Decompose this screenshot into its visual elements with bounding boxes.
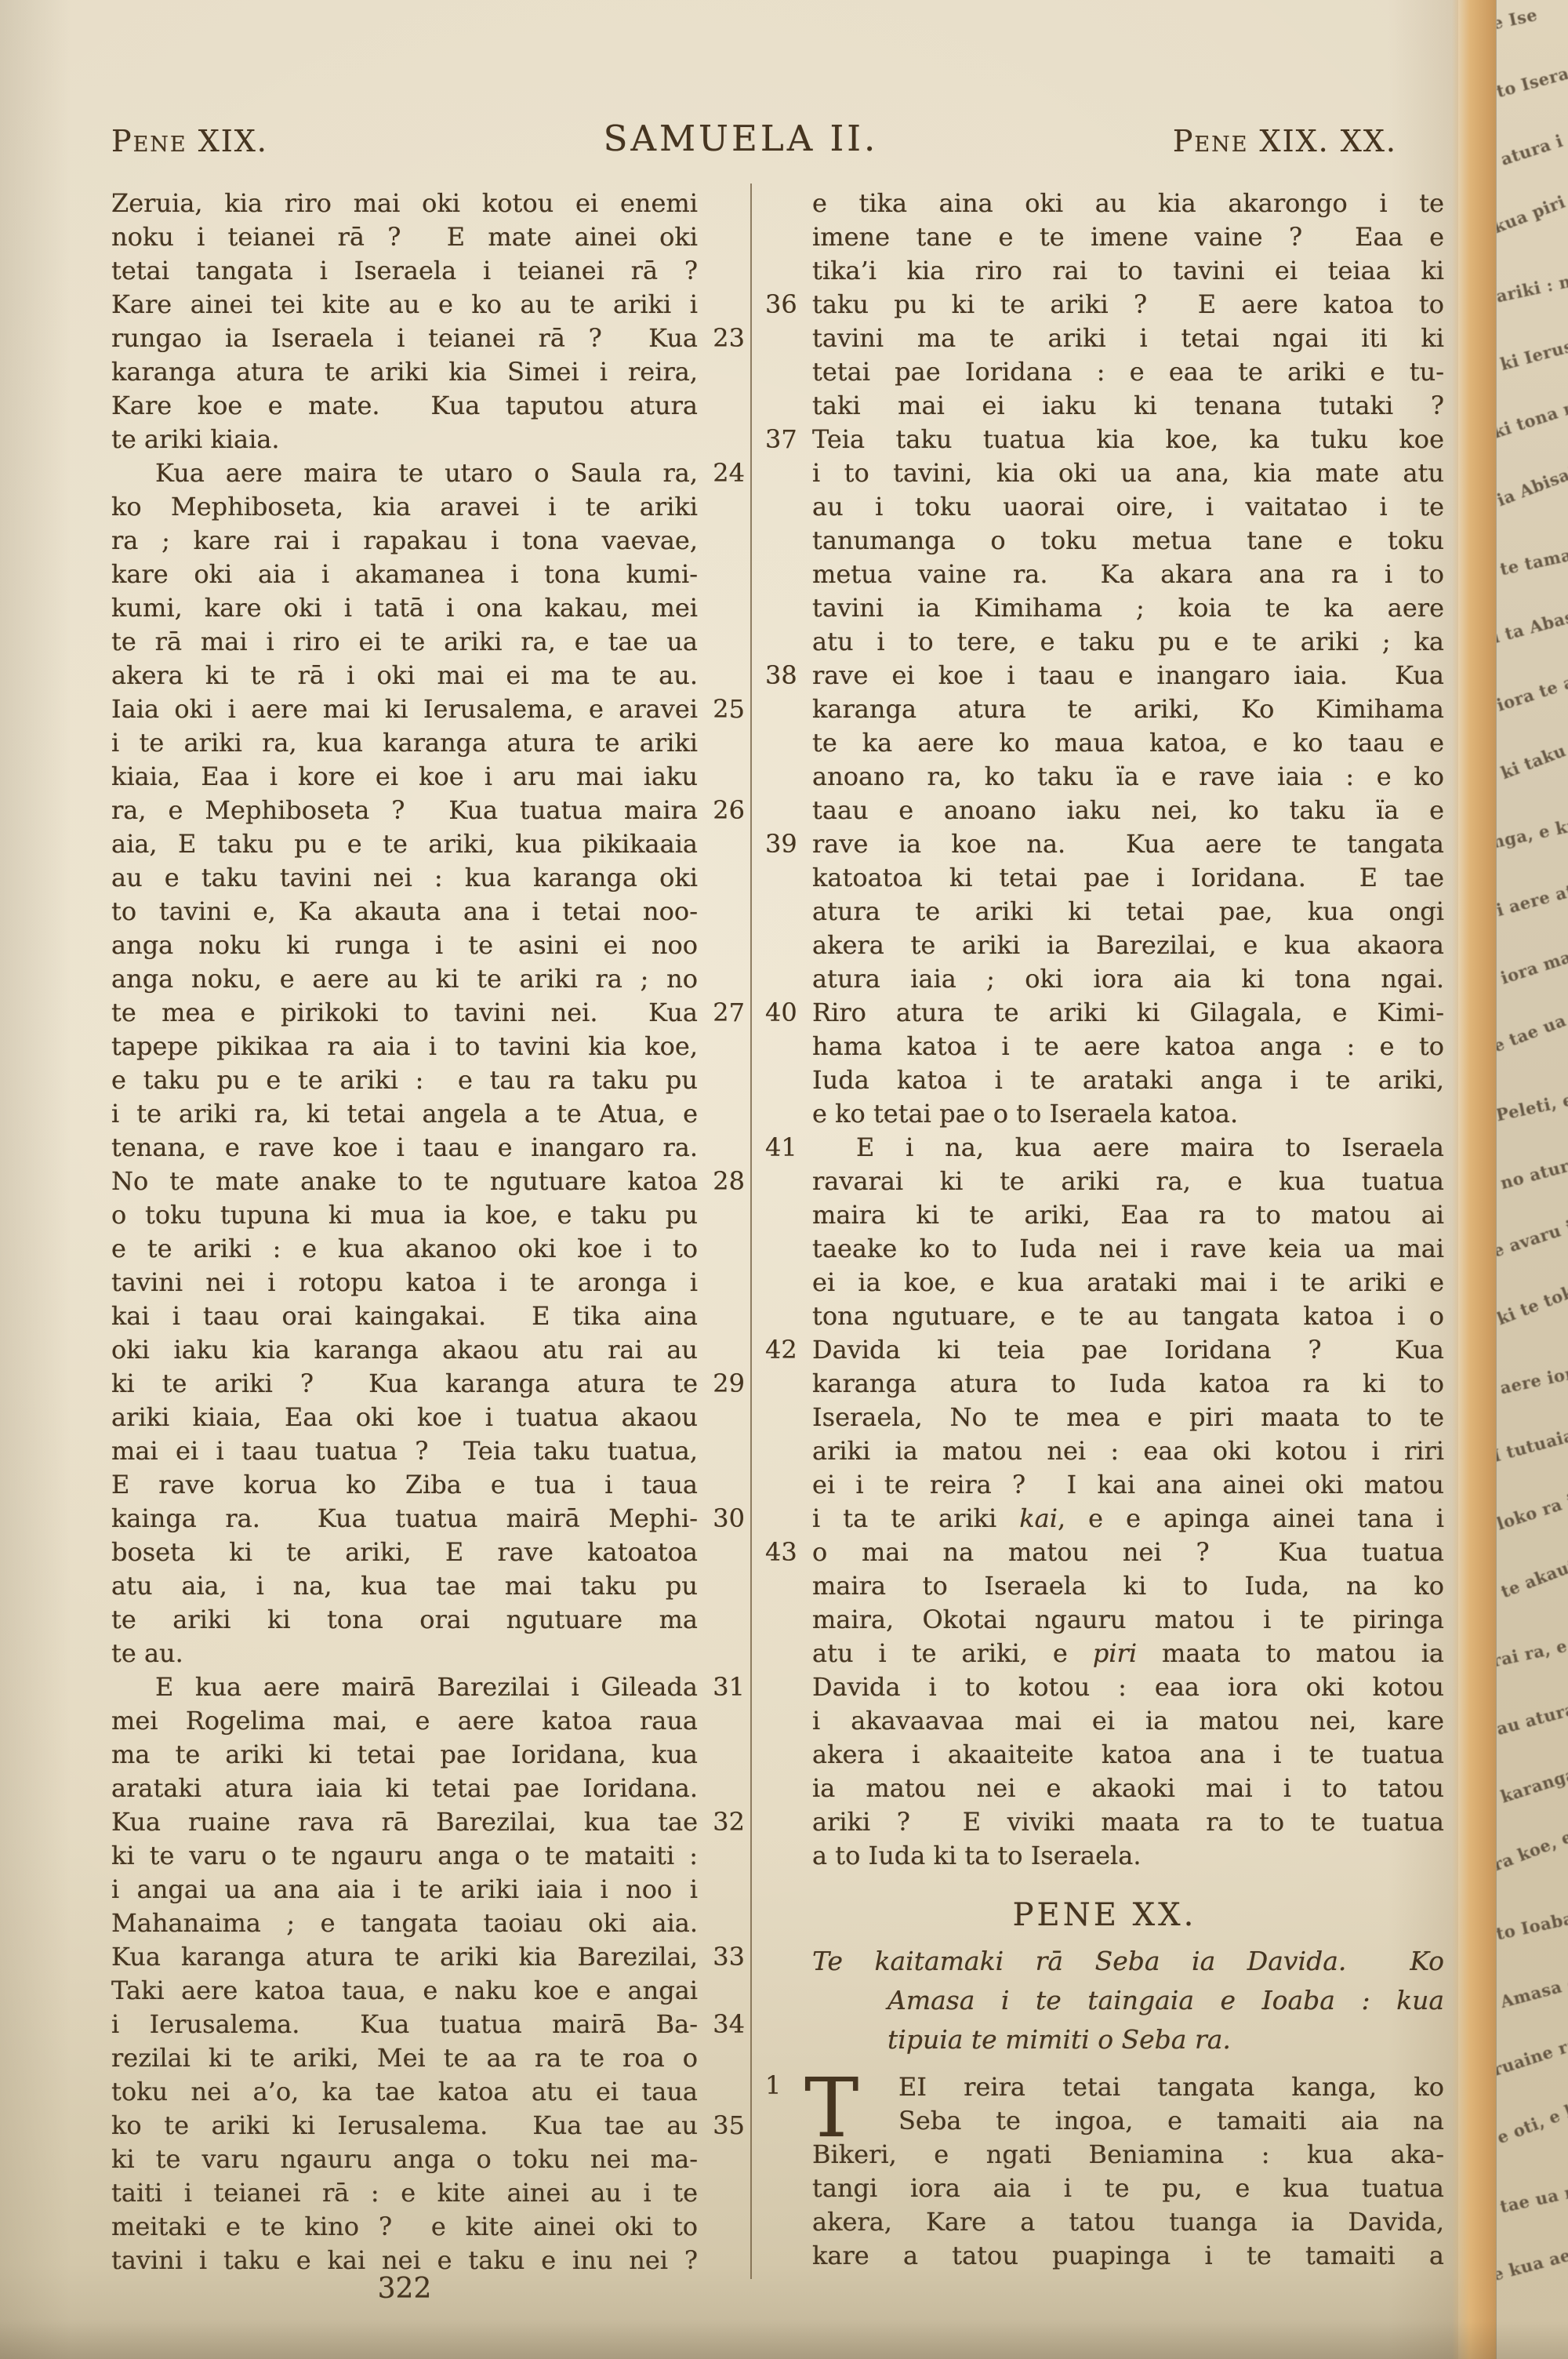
- verse-number: 27: [713, 996, 745, 1030]
- line-text: karanga atura to Iuda katoa ra ki to: [812, 1367, 1444, 1401]
- edge-text-fragment: tae ua ma te: [1498, 2172, 1568, 2216]
- text-line: Taki aere katoa taua, e naku koe e angai: [111, 1974, 748, 2008]
- line-text: akera i akaaiteite katoa ana i te tuatua: [812, 1738, 1444, 1772]
- text-line: anga noku ki runga i te asini ei noo: [111, 929, 748, 962]
- verse-number: 28: [713, 1165, 745, 1198]
- line-text: ariki ? E viviki maata ra to te tuatua: [812, 1805, 1444, 1839]
- right-text-column: e tika aina oki au kia akarongo i teimen…: [757, 187, 1452, 2273]
- line-text: ko Mephiboseta, kia aravei i te ariki: [111, 490, 698, 524]
- line-text: taeake ko to Iuda nei i rave keia ua mai: [812, 1232, 1444, 1266]
- edge-text-fragment: e oti, e kua: [1496, 2091, 1568, 2147]
- line-text: ki te varu ngauru anga o toku nei ma-: [111, 2143, 698, 2176]
- line-text: te ka aere ko maua katoa, e ko taau e: [812, 726, 1444, 760]
- line-text: arataki atura iaia ki tetai pae Ioridana…: [111, 1772, 698, 1805]
- text-line: tetai pae Ioridana : e eaa te ariki e tu…: [757, 355, 1452, 389]
- line-text: E kua aere mairā Barezilai i Gileada: [111, 1670, 698, 1704]
- text-line: ei i te reira ? I kai ana ainei oki mato…: [757, 1468, 1452, 1502]
- edge-text-fragment: ariki : me: [1496, 267, 1568, 306]
- line-text: o mai na matou nei ? Kua tuatua: [812, 1536, 1444, 1569]
- text-line: Mahanaima ; e tangata taoiau oki aia.: [111, 1906, 748, 1940]
- line-text: No te mate anake to te ngutuare katoa: [111, 1165, 698, 1198]
- line-text: atura te ariki ki tetai pae, kua ongi: [812, 895, 1444, 929]
- text-line: ariki kiaia, Eaa oki koe i tuatua akaou: [111, 1401, 748, 1434]
- line-text: hama katoa i te aere katoa anga : e to: [812, 1030, 1444, 1063]
- edge-text-fragment: to Ioaba ri: [1496, 1903, 1568, 1943]
- verse-number: 36: [765, 288, 797, 322]
- line-text: kumi, kare oki i tatā i ona kakau, mei: [111, 591, 698, 625]
- edge-text-fragment: no atura ra: [1498, 1146, 1568, 1193]
- line-text: E i na, kua aere maira to Iseraela: [812, 1131, 1444, 1165]
- line-text: maira to Iseraela ki to Iuda, na ko: [812, 1569, 1444, 1603]
- text-line: te ariki kiaia.: [111, 423, 748, 456]
- chapter-heading: PENE XX.: [757, 1893, 1452, 1937]
- text-line: boseta ki te ariki, E rave katoatoa: [111, 1536, 748, 1569]
- text-line: ia matou nei e akaoki mai i to tatou: [757, 1772, 1452, 1805]
- line-text: maira ki te ariki, Eaa ra to matou ai: [812, 1198, 1444, 1232]
- edge-text-fragment: nga, e kua: [1496, 812, 1568, 852]
- line-text: tona ngutuare, e te au tangata katoa i o: [812, 1299, 1444, 1333]
- text-line: taiti i teianei rā : e kite ainei au i t…: [111, 2176, 748, 2210]
- line-text: tavini ia Kimihama ; koia te ka aere: [812, 591, 1444, 625]
- text-line: metua vaine ra. Ka akara ana ra i to: [757, 558, 1452, 591]
- text-line: i te ariki ra, kua karanga atura te arik…: [111, 726, 748, 760]
- text-line: i angai ua ana aia i te ariki iaia i noo…: [111, 1873, 748, 1906]
- text-line: E i na, kua aere maira to Iseraela41: [757, 1131, 1452, 1165]
- line-text: tenana, e rave koe i taau e inangaro ra.: [111, 1131, 698, 1165]
- text-line: taeake ko to Iuda nei i rave keia ua mai: [757, 1232, 1452, 1266]
- text-line: maira ki te ariki, Eaa ra to matou ai: [757, 1198, 1452, 1232]
- text-line: Davida i to kotou : eaa iora oki kotou: [757, 1670, 1452, 1704]
- chapter-summary-line: Amasa i te taingaia e Ioaba : kua: [812, 1981, 1444, 2020]
- text-line: tanumanga o toku metua tane e toku: [757, 524, 1452, 558]
- text-line: taau e anoano iaku nei, ko taku ïa e: [757, 794, 1452, 827]
- line-text: mei Rogelima mai, e aere katoa raua: [111, 1704, 698, 1738]
- line-text: i ta te ariki kai, e e apinga ainei tana…: [812, 1502, 1444, 1536]
- verse-number: 39: [765, 827, 797, 861]
- line-text: ra, e Mephiboseta ? Kua tuatua maira: [111, 794, 698, 827]
- line-text: kainga ra. Kua tuatua mairā Mephi-: [111, 1502, 698, 1536]
- text-line: te ka aere ko maua katoa, e ko taau e: [757, 726, 1452, 760]
- text-line: atu i te ariki, e piri maata to matou ia: [757, 1637, 1452, 1670]
- line-text: meitaki e te kino ? e kite ainei oki to: [111, 2210, 698, 2244]
- line-text: atu i to tere, e taku pu e te ariki ; ka: [812, 625, 1444, 659]
- chapter-summary-line: Te kaitamaki rā Seba ia Davida. Ko: [812, 1942, 1444, 1981]
- edge-text-fragment: aere iorā A: [1498, 1357, 1568, 1398]
- text-line: akera te ariki ia Barezilai, e kua akaor…: [757, 929, 1452, 962]
- text-line: anoano ra, ko taku ïa e rave iaia : e ko: [757, 760, 1452, 794]
- verse-number: 25: [713, 692, 745, 726]
- text-line: tenana, e rave koe i taau e inangaro ra.: [111, 1131, 748, 1165]
- text-line: toku nei a’o, ka tae katoa atu ei taua: [111, 2075, 748, 2109]
- edge-text-fragment: ki taku io: [1498, 732, 1568, 783]
- text-line: i ta te ariki kai, e e apinga ainei tana…: [757, 1502, 1452, 1536]
- text-line: e tika aina oki au kia akarongo i te: [757, 187, 1452, 220]
- text-line: i Ierusalema. Kua tuatua mairā Ba-34: [111, 2008, 748, 2041]
- line-text: tavini nei i rotopu katoa i te aronga i: [111, 1266, 698, 1299]
- verse-number: 35: [713, 2109, 745, 2143]
- text-line: tapepe pikikaa ra aia i to tavini kia ko…: [111, 1030, 748, 1063]
- line-text: kiaia, Eaa i kore ei koe i aru mai iaku: [111, 760, 698, 794]
- line-text: taau e anoano iaku nei, ko taku ïa e: [812, 794, 1444, 827]
- text-line: EI reira tetai tangata kanga, ko: [757, 2070, 1452, 2104]
- line-text: i to tavini, kia oki ua ana, kia mate at…: [812, 456, 1444, 490]
- text-line: kumi, kare oki i tatā i ona kakau, mei: [111, 591, 748, 625]
- line-text: akera, Kare a tatou tuanga ia Davida,: [812, 2205, 1444, 2239]
- text-line: akera, Kare a tatou tuanga ia Davida,: [757, 2205, 1452, 2239]
- text-line: karanga atura te ariki kia Simei i reira…: [111, 355, 748, 389]
- text-line: taku pu ki te ariki ? E aere katoa to36: [757, 288, 1452, 322]
- text-line: ko te ariki ki Ierusalema. Kua tae au35: [111, 2109, 748, 2143]
- text-line: au i toku uaorai oire, i vaitatao i te: [757, 490, 1452, 524]
- line-text: ei ia koe, e kua arataki mai i te ariki …: [812, 1266, 1444, 1299]
- line-text: rungao ia Iseraela i teianei rā ? Kua: [111, 322, 698, 355]
- text-line: i te ariki ra, ki tetai angela a te Atua…: [111, 1097, 748, 1131]
- left-margin-shadow: [0, 0, 71, 2359]
- line-text: Taki aere katoa taua, e naku koe e angai: [111, 1974, 698, 2008]
- text-line: Teia taku tuatua kia koe, ka tuku koe37: [757, 423, 1452, 456]
- text-line: kai i taau orai kaingakai. E tika aina: [111, 1299, 748, 1333]
- text-line: te mea e pirikoki to tavini nei. Kua27: [111, 996, 748, 1030]
- line-text: te ariki ki tona orai ngutuare ma: [111, 1603, 698, 1637]
- text-line: Iaia oki i aere mai ki Ierusalema, e ara…: [111, 692, 748, 726]
- text-line: imene tane e te imene vaine ? Eaa e: [757, 220, 1452, 254]
- line-text: te mea e pirikoki to tavini nei. Kua: [111, 996, 698, 1030]
- line-text: ia matou nei e akaoki mai i to tatou: [812, 1772, 1444, 1805]
- line-text: maira, Okotai ngauru matou i te piringa: [812, 1603, 1444, 1637]
- page-fore-edge: [1452, 0, 1499, 2359]
- verse-number: 42: [765, 1333, 797, 1367]
- text-line: taki mai ei iaku ki tenana tutaki ?: [757, 389, 1452, 423]
- line-text: ravarai ki te ariki ra, e kua tuatua: [812, 1165, 1444, 1198]
- line-text: Bikeri, e ngati Beniamina : kua aka-: [812, 2138, 1444, 2172]
- line-text: tavini ma te ariki i tetai ngai iti ki: [812, 322, 1444, 355]
- line-text: i te ariki ra, ki tetai angela a te Atua…: [111, 1097, 698, 1131]
- text-line: te au.: [111, 1637, 748, 1670]
- text-line: tavini nei i rotopu katoa i te aronga i: [111, 1266, 748, 1299]
- text-line: kare oki aia i akamanea i tona kumi-: [111, 558, 748, 591]
- verse-number: 32: [713, 1805, 745, 1839]
- text-line: te rā mai i riro ei te ariki ra, e tae u…: [111, 625, 748, 659]
- text-line: Bikeri, e ngati Beniamina : kua aka-: [757, 2138, 1452, 2172]
- text-line: mei Rogelima mai, e aere katoa raua: [111, 1704, 748, 1738]
- verse-number: 23: [713, 322, 745, 355]
- line-text: Kua karanga atura te ariki kia Barezilai…: [111, 1940, 698, 1974]
- text-line: tetai tangata i Iseraela i teianei rā ?: [111, 254, 748, 288]
- line-text: i akavaavaa mai ei ia matou nei, kare: [812, 1704, 1444, 1738]
- text-line: Zeruia, kia riro mai oki kotou ei enemi: [111, 187, 748, 220]
- text-line: atu aia, i na, kua tae mai taku pu: [111, 1569, 748, 1603]
- line-text: taiti i teianei rā : e kite ainei au i t…: [111, 2176, 698, 2210]
- edge-text-fragment: ra koe, e tak: [1496, 1813, 1568, 1874]
- text-line: arataki atura iaia ki tetai pae Ioridana…: [111, 1772, 748, 1805]
- text-line: atura te ariki ki tetai pae, kua ongi: [757, 895, 1452, 929]
- text-line: kainga ra. Kua tuatua mairā Mephi-30: [111, 1502, 748, 1536]
- text-line: maira, Okotai ngauru matou i te piringa: [757, 1603, 1452, 1637]
- text-line: i to tavini, kia oki ua ana, kia mate at…: [757, 456, 1452, 490]
- verse-number: 29: [713, 1367, 745, 1401]
- text-line: atura iaia ; oki iora aia ki tona ngai.: [757, 962, 1452, 996]
- text-line: e te ariki : e kua akanoo oki koe i to: [111, 1232, 748, 1266]
- edge-text-fragment: I tutuaia te: [1496, 1419, 1568, 1466]
- line-text: karanga atura te ariki, Ko Kimihama: [812, 692, 1444, 726]
- line-text: ma te ariki ki tetai pae Ioridana, kua: [111, 1738, 698, 1772]
- line-text: toku nei a’o, ka tae katoa atu ei taua: [111, 2075, 698, 2109]
- text-line: tavini ma te ariki i tetai ngai iti ki: [757, 322, 1452, 355]
- page-number: 322: [111, 2273, 698, 2305]
- text-line: hama katoa i te aere katoa anga : e to: [757, 1030, 1452, 1063]
- text-line: a to Iuda ki ta to Iseraela.: [757, 1839, 1452, 1873]
- line-text: te ariki kiaia.: [111, 423, 698, 456]
- verse-number: 41: [765, 1131, 797, 1165]
- running-head-right: Pene XIX. XX.: [1173, 124, 1397, 158]
- line-text: kai i taau orai kaingakai. E tika aina: [111, 1299, 698, 1333]
- line-text: anga noku, e aere au ki te ariki ra ; no: [111, 962, 698, 996]
- edge-text-fragment: te akauta: [1498, 1551, 1568, 1602]
- line-text: rave ia koe na. Kua aere te tangata: [812, 827, 1444, 861]
- text-line: Kua aere maira te utaro o Saula ra,24: [111, 456, 748, 490]
- verse-number: 33: [713, 1940, 745, 1974]
- text-line: Davida ki teia pae Ioridana ? Kua42: [757, 1333, 1452, 1367]
- left-text-column: Zeruia, kia riro mai oki kotou ei enemin…: [111, 187, 748, 2277]
- text-line: maira to Iseraela ki to Iuda, na ko: [757, 1569, 1452, 1603]
- line-text: Teia taku tuatua kia koe, ka tuku koe: [812, 423, 1444, 456]
- text-line: karanga atura to Iuda katoa ra ki to: [757, 1367, 1452, 1401]
- line-text: akera ki te rā i oki mai ei ma te au.: [111, 659, 698, 692]
- edge-text-fragment: e tae ua a: [1496, 1004, 1568, 1056]
- line-text: noku i teianei rā ? E mate ainei oki: [111, 220, 698, 254]
- verse-lines: EI reira tetai tangata kanga, koSeba te …: [757, 2070, 1452, 2273]
- text-line: rezilai ki te ariki, Mei te aa ra te roa…: [111, 2041, 748, 2075]
- text-line: ariki ? E viviki maata ra to te tuatua: [757, 1805, 1452, 1839]
- text-line: tika’i kia riro rai to tavini ei teiaa k…: [757, 254, 1452, 288]
- line-text: e ko tetai pae o to Iseraela katoa.: [812, 1097, 1444, 1131]
- edge-text-fragment: ki Ierusa: [1498, 333, 1568, 374]
- text-line: Kare ainei tei kite au e ko au te ariki …: [111, 288, 748, 322]
- line-text: akera te ariki ia Barezilai, e kua akaor…: [812, 929, 1444, 962]
- line-text: i angai ua ana aia i te ariki iaia i noo…: [111, 1873, 698, 1906]
- text-line: noku i teianei rā ? E mate ainei oki: [111, 220, 748, 254]
- line-text: imene tane e te imene vaine ? Eaa e: [812, 220, 1444, 254]
- line-text: atu aia, i na, kua tae mai taku pu: [111, 1569, 698, 1603]
- text-line: akera ki te rā i oki mai ei ma te au.: [111, 659, 748, 692]
- text-line: to tavini e, Ka akauta ana i tetai noo-: [111, 895, 748, 929]
- chapter-first-verse: 1 T EI reira tetai tangata kanga, koSeba…: [757, 2070, 1452, 2273]
- line-text: i Ierusalema. Kua tuatua mairā Ba-: [111, 2008, 698, 2041]
- text-line: oki iaku kia karanga akaou atu rai au: [111, 1333, 748, 1367]
- line-text: te rā mai i riro ei te ariki ra, e tae u…: [111, 625, 698, 659]
- line-text: boseta ki te ariki, E rave katoatoa: [111, 1536, 698, 1569]
- line-text: atura iaia ; oki iora aia ki tona ngai.: [812, 962, 1444, 996]
- line-text: Iuda katoa i te arataki anga i te ariki,: [812, 1063, 1444, 1097]
- bottom-edge-shadow: [0, 2321, 1568, 2359]
- line-text: katoatoa ki tetai pae i Ioridana. E tae: [812, 861, 1444, 895]
- text-line: tavini ia Kimihama ; koia te ka aere: [757, 591, 1452, 625]
- text-line: Iseraela, No te mea e piri maata to te: [757, 1401, 1452, 1434]
- line-text: tapepe pikikaa ra aia i to tavini kia ko…: [111, 1030, 698, 1063]
- line-text: Riro atura te ariki ki Gilagala, e Kimi-: [812, 996, 1444, 1030]
- line-text: Zeruia, kia riro mai oki kotou ei enemi: [111, 187, 698, 220]
- edge-text-fragment: Amasa e te: [1498, 1965, 1568, 2012]
- line-text: o toku tupuna ki mua ia koe, e taku pu: [111, 1198, 698, 1232]
- edge-text-fragment: i aere atu ki: [1496, 871, 1568, 920]
- text-line: rave ia koe na. Kua aere te tangata39: [757, 827, 1452, 861]
- line-text: karanga atura te ariki kia Simei i reira…: [111, 355, 698, 389]
- text-line: aia, E taku pu e te ariki, kua pikikaaia: [111, 827, 748, 861]
- text-line: anga noku, e aere au ki te ariki ra ; no: [111, 962, 748, 996]
- line-text: ko te ariki ki Ierusalema. Kua tae au: [111, 2109, 698, 2143]
- text-line: atu i to tere, e taku pu e te ariki ; ka: [757, 625, 1452, 659]
- line-text: e taku pu e te ariki : e tau ra taku pu: [111, 1063, 698, 1097]
- line-text: Kare ainei tei kite au e ko au te ariki …: [111, 288, 698, 322]
- text-line: mai ei i taau tuatua ? Teia taku tuatua,: [111, 1434, 748, 1468]
- edge-text-fragment: e avaru ia: [1496, 1213, 1568, 1261]
- line-text: e tika aina oki au kia akarongo i te: [812, 187, 1444, 220]
- verse-number: 40: [765, 996, 797, 1030]
- text-line: tona ngutuare, e te au tangata katoa i o: [757, 1299, 1452, 1333]
- chapter-summary: Te kaitamaki rā Seba ia Davida. KoAmasa …: [757, 1942, 1452, 2059]
- line-text: ra ; kare rai i rapakau i tona vaevae,: [111, 524, 698, 558]
- text-line: kare a tatou puapinga i te tamaiti a: [757, 2239, 1452, 2273]
- line-text: anoano ra, ko taku ïa e rave iaia : e ko: [812, 760, 1444, 794]
- line-text: kare oki aia i akamanea i tona kumi-: [111, 558, 698, 591]
- text-line: ariki ia matou nei : eaa oki kotou i rir…: [757, 1434, 1452, 1468]
- verse-number: 30: [713, 1502, 745, 1536]
- text-line: No te mate anake to te ngutuare katoa28: [111, 1165, 748, 1198]
- adjacent-page-strip: e Iseto Iseraatura ikua piriariki : meki…: [1496, 0, 1568, 2359]
- edge-text-fragment: ia Abisai,: [1496, 460, 1568, 510]
- line-text: e te ariki : e kua akanoo oki koe i to: [111, 1232, 698, 1266]
- line-text: ariki kiaia, Eaa oki koe i tuatua akaou: [111, 1401, 698, 1434]
- line-text: tanumanga o toku metua tane e toku: [812, 524, 1444, 558]
- line-text: taki mai ei iaku ki tenana tutaki ?: [812, 389, 1444, 423]
- edge-text-fragment: e kua aere: [1496, 2240, 1568, 2284]
- edge-text-fragment: ruaine rava: [1496, 2027, 1568, 2080]
- line-text: au i toku uaorai oire, i vaitatao i te: [812, 490, 1444, 524]
- text-line: rave ei koe i taau e inangaro iaia. Kua3…: [757, 659, 1452, 692]
- text-line: i akavaavaa mai ei ia matou nei, kare: [757, 1704, 1452, 1738]
- line-text: ki te varu o te ngauru anga o te mataiti…: [111, 1839, 698, 1873]
- text-line: akera i akaaiteite katoa ana i te tuatua: [757, 1738, 1452, 1772]
- text-line: Kua karanga atura te ariki kia Barezilai…: [111, 1940, 748, 1974]
- text-line: ravarai ki te ariki ra, e kua tuatua: [757, 1165, 1452, 1198]
- edge-text-fragment: Peleti, e te: [1496, 1085, 1568, 1125]
- text-line: o mai na matou nei ? Kua tuatua43: [757, 1536, 1452, 1569]
- text-line: kiaia, Eaa i kore ei koe i aru mai iaku: [111, 760, 748, 794]
- line-text: aia, E taku pu e te ariki, kua pikikaaia: [111, 827, 698, 861]
- text-line: meitaki e te kino ? e kite ainei oki to: [111, 2210, 748, 2244]
- line-text: Davida i to kotou : eaa iora oki kotou: [812, 1670, 1444, 1704]
- text-line: rungao ia Iseraela i teianei rā ? Kua23: [111, 322, 748, 355]
- verse-number: 24: [713, 456, 745, 490]
- line-text: tika’i kia riro rai to tavini ei teiaa k…: [812, 254, 1444, 288]
- chapter-summary-line: tipuia te mimiti o Seba ra.: [812, 2020, 1444, 2059]
- text-line: ko Mephiboseta, kia aravei i te ariki: [111, 490, 748, 524]
- text-line: Seba te ingoa, e tamaiti aia na: [757, 2104, 1452, 2138]
- line-text: Seba te ingoa, e tamaiti aia na: [812, 2104, 1444, 2138]
- text-line: karanga atura te ariki, Ko Kimihama: [757, 692, 1452, 726]
- text-line: Iuda katoa i te arataki anga i te ariki,: [757, 1063, 1452, 1097]
- edge-text-fragment: atura i: [1498, 131, 1566, 169]
- text-line: e taku pu e te ariki : e tau ra taku pu: [111, 1063, 748, 1097]
- edge-text-fragment: e Ise: [1496, 5, 1539, 34]
- text-line: ra ; kare rai i rapakau i tona vaevae,: [111, 524, 748, 558]
- line-text: rezilai ki te ariki, Mei te aa ra te roa…: [111, 2041, 698, 2075]
- line-text: ki te ariki ? Kua karanga atura te: [111, 1367, 698, 1401]
- text-line: au e taku tavini nei : kua karanga oki: [111, 861, 748, 895]
- edge-text-fragment: au atura ai: [1496, 1692, 1568, 1739]
- edge-text-fragment: to Isera: [1496, 63, 1568, 101]
- text-line: E rave korua ko Ziba e tua i taua: [111, 1468, 748, 1502]
- line-text: ei i te reira ? I kai ana ainei oki mato…: [812, 1468, 1444, 1502]
- line-text: EI reira tetai tangata kanga, ko: [812, 2070, 1444, 2104]
- text-line: ma te ariki ki tetai pae Ioridana, kua: [111, 1738, 748, 1772]
- text-line: Riro atura te ariki ki Gilagala, e Kimi-…: [757, 996, 1452, 1030]
- edge-text-fragment: iora te a: [1496, 671, 1568, 714]
- line-text: au e taku tavini nei : kua karanga oki: [111, 861, 698, 895]
- line-text: atu i te ariki, e piri maata to matou ia: [812, 1637, 1444, 1670]
- text-line: E kua aere mairā Barezilai i Gileada31: [111, 1670, 748, 1704]
- text-line: te ariki ki tona orai ngutuare ma: [111, 1603, 748, 1637]
- line-text: to tavini e, Ka akauta ana i tetai noo-: [111, 895, 698, 929]
- line-text: tetai pae Ioridana : e eaa te ariki e tu…: [812, 355, 1444, 389]
- column-divider-rule: [750, 184, 752, 2279]
- verse-number: 38: [765, 659, 797, 692]
- right-column-lines: e tika aina oki au kia akarongo i teimen…: [757, 187, 1452, 1873]
- edge-text-fragment: ki te toka: [1496, 1278, 1568, 1329]
- verse-number: 31: [713, 1670, 745, 1704]
- text-line: e ko tetai pae o to Iseraela katoa.: [757, 1097, 1452, 1131]
- text-line: tangi iora aia i te pu, e kua tuatua: [757, 2172, 1452, 2205]
- line-text: anga noku ki runga i te asini ei noo: [111, 929, 698, 962]
- text-line: ki te varu o te ngauru anga o te mataiti…: [111, 1839, 748, 1873]
- line-text: Iaia oki i aere mai ki Ierusalema, e ara…: [111, 692, 698, 726]
- verse-number: 26: [713, 794, 745, 827]
- line-text: Mahanaima ; e tangata taoiau oki aia.: [111, 1906, 698, 1940]
- text-line: Kua ruaine rava rā Barezilai, kua tae32: [111, 1805, 748, 1839]
- line-text: metua vaine ra. Ka akara ana ra i to: [812, 558, 1444, 591]
- edge-text-fragment: rai ra, e te a: [1496, 1627, 1568, 1671]
- text-line: ki te varu ngauru anga o toku nei ma-: [111, 2143, 748, 2176]
- edge-text-fragment: karanga atu: [1498, 1752, 1568, 1806]
- text-line: ei ia koe, e kua arataki mai i te ariki …: [757, 1266, 1452, 1299]
- line-text: taku pu ki te ariki ? E aere katoa to: [812, 288, 1444, 322]
- line-text: Iseraela, No te mea e piri maata to te: [812, 1401, 1444, 1434]
- line-text: ariki ia matou nei : eaa oki kotou i rir…: [812, 1434, 1444, 1468]
- text-line: katoatoa ki tetai pae i Ioridana. E tae: [757, 861, 1452, 895]
- line-text: tetai tangata i Iseraela i teianei rā ?: [111, 254, 698, 288]
- edge-text-fragment: i ta Abasa: [1496, 604, 1568, 647]
- text-line: o toku tupuna ki mua ia koe, e taku pu: [111, 1198, 748, 1232]
- verse-number: 43: [765, 1536, 797, 1569]
- line-text: i te ariki ra, kua karanga atura te arik…: [111, 726, 698, 760]
- line-text: rave ei koe i taau e inangaro iaia. Kua: [812, 659, 1444, 692]
- line-text: mai ei i taau tuatua ? Teia taku tuatua,: [111, 1434, 698, 1468]
- line-text: te au.: [111, 1637, 698, 1670]
- line-text: Kare koe e mate. Kua taputou atura: [111, 389, 698, 423]
- text-line: Kare koe e mate. Kua taputou atura: [111, 389, 748, 423]
- line-text: oki iaku kia karanga akaou atu rai au: [111, 1333, 698, 1367]
- verse-number: 37: [765, 423, 797, 456]
- edge-text-fragment: kua piri: [1496, 191, 1568, 237]
- text-line: ki te ariki ? Kua karanga atura te29: [111, 1367, 748, 1401]
- line-text: tangi iora aia i te pu, e kua tuatua: [812, 2172, 1444, 2205]
- edge-text-fragment: ki tona n: [1496, 397, 1568, 442]
- text-line: ra, e Mephiboseta ? Kua tuatua maira26: [111, 794, 748, 827]
- line-text: kare a tatou puapinga i te tamaiti a: [812, 2239, 1444, 2273]
- line-text: E rave korua ko Ziba e tua i taua: [111, 1468, 698, 1502]
- edge-text-fragment: iora matou,: [1498, 935, 1568, 988]
- line-text: Kua aere maira te utaro o Saula ra,: [111, 456, 698, 490]
